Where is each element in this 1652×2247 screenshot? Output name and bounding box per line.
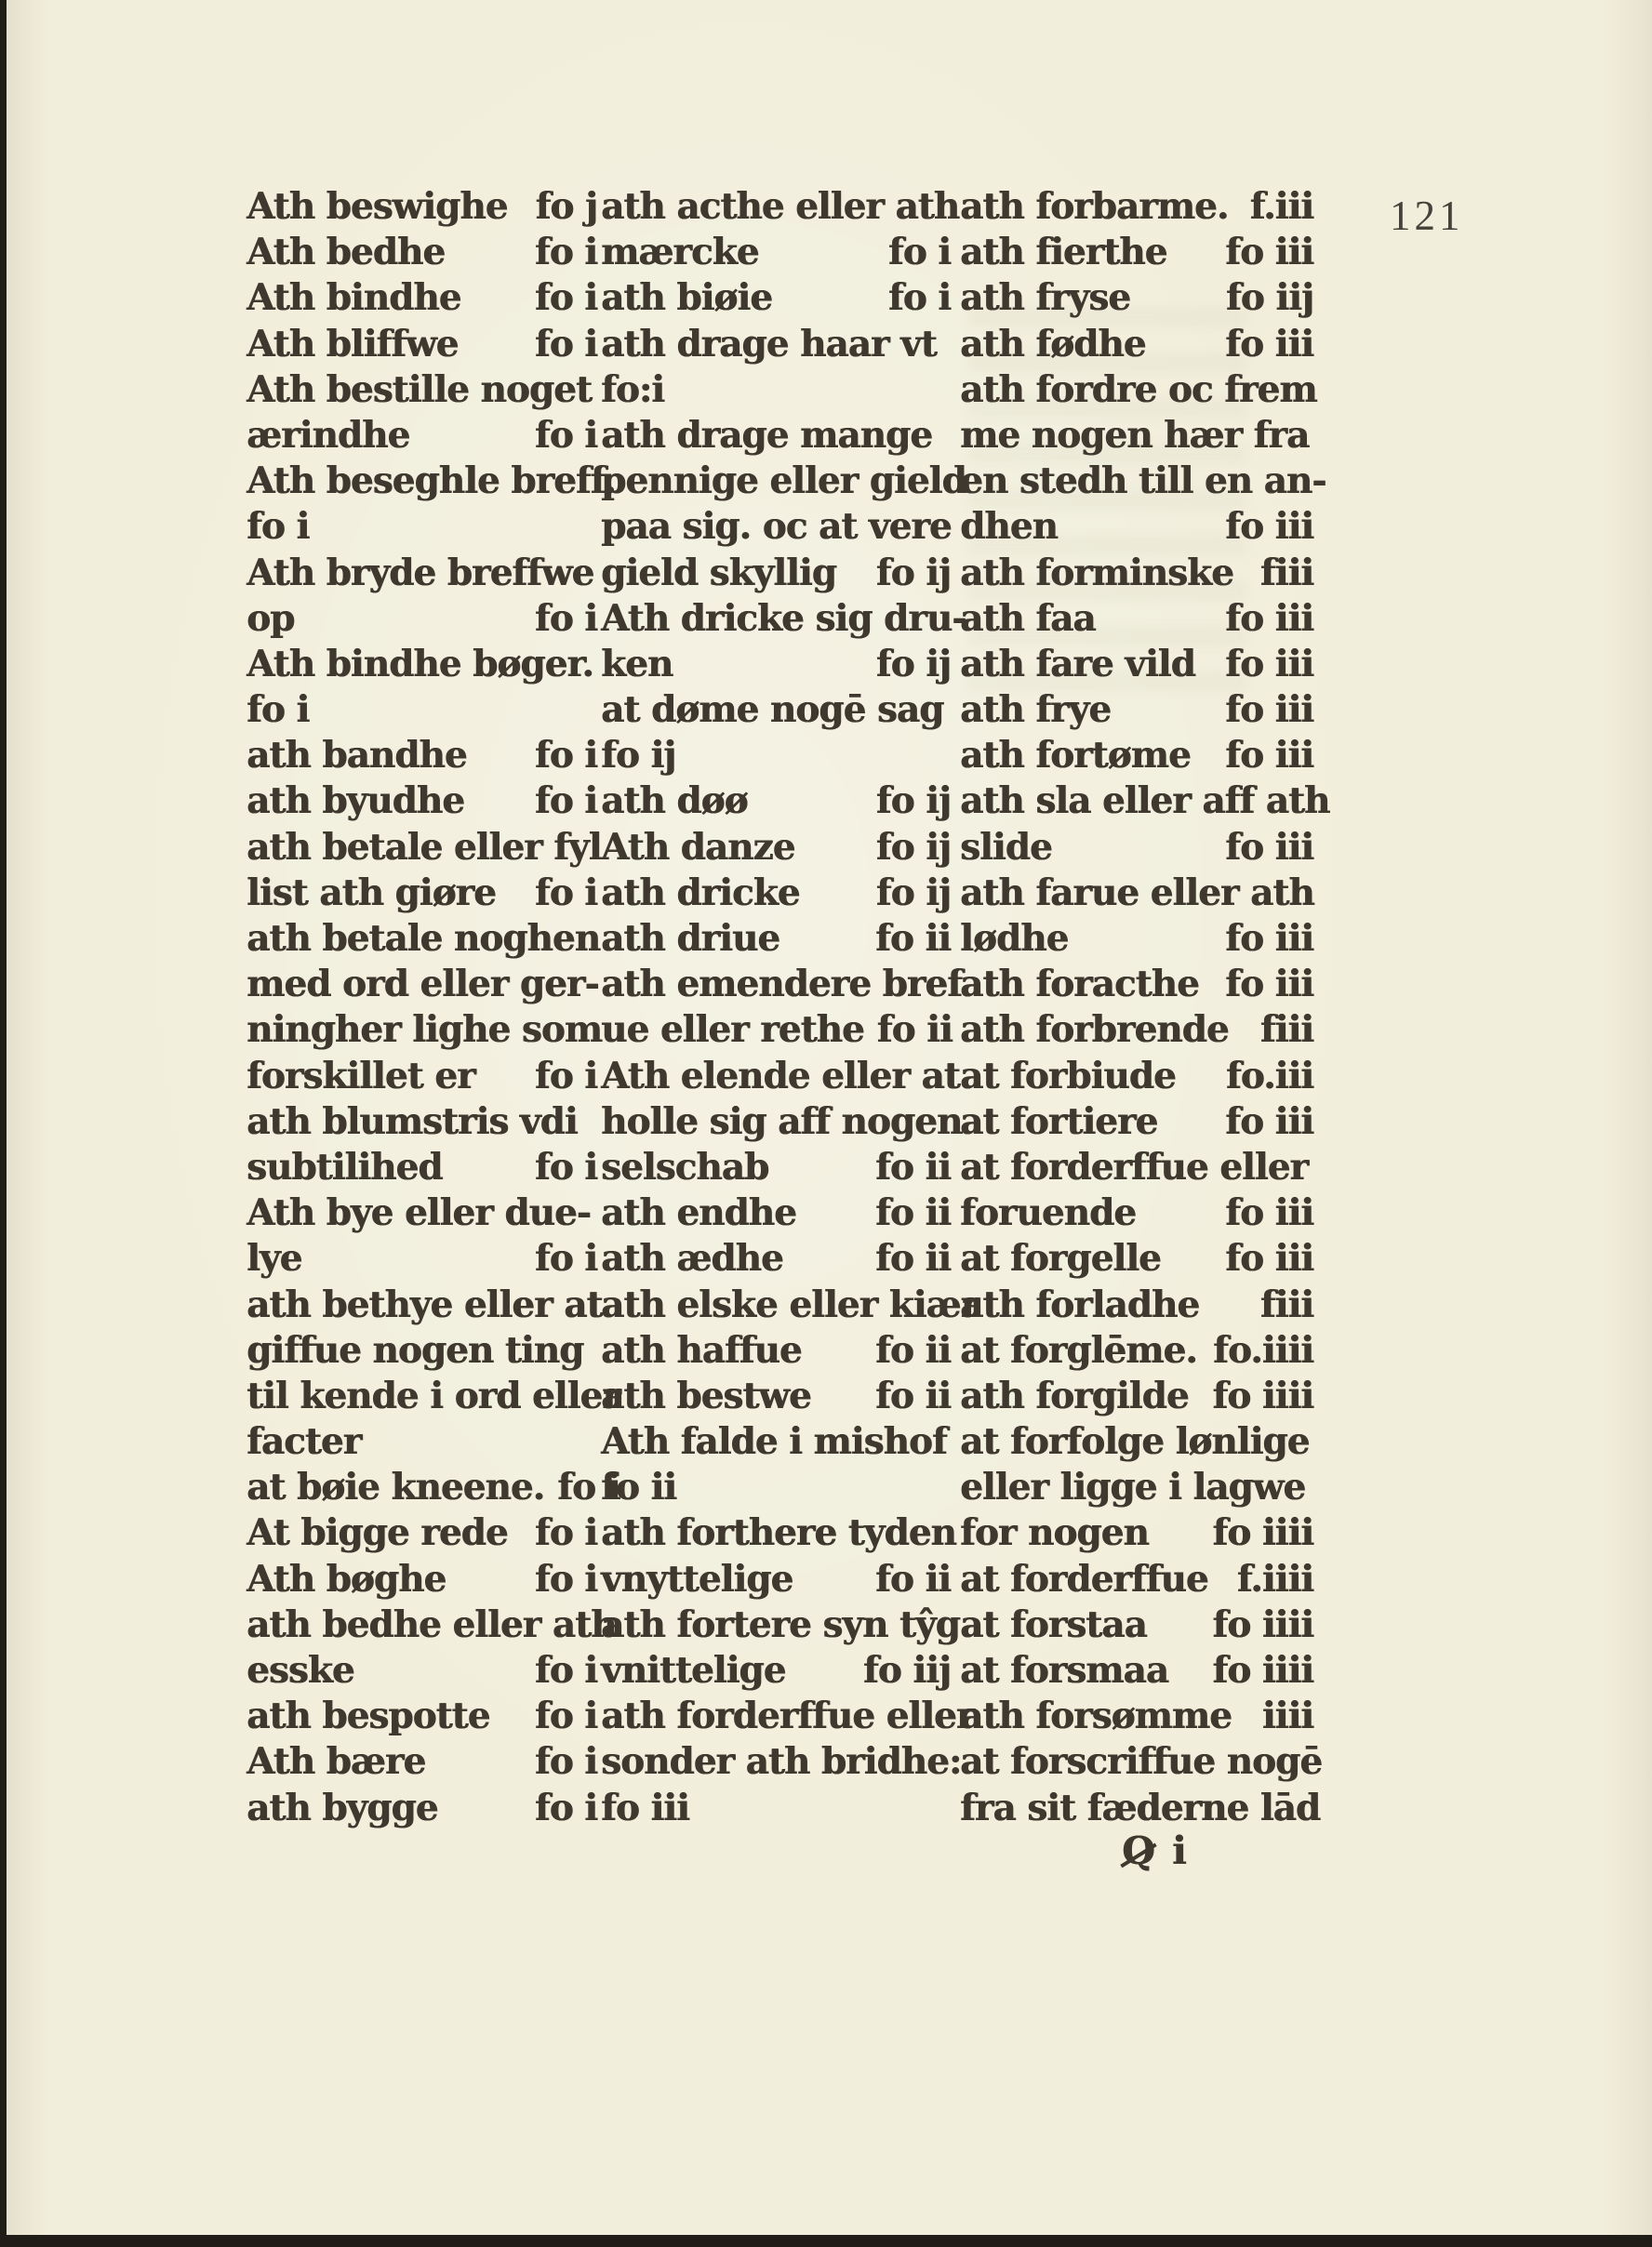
entry-text: esske — [246, 1648, 354, 1694]
book-page-scan: 121 Ath beswighefo jAth bedhefo iAth bin… — [0, 0, 1652, 2247]
entry-text: ath elske eller kiær — [601, 1283, 979, 1328]
folio-reference: f.iiii — [1237, 1557, 1313, 1602]
folio-reference: fo i — [535, 596, 597, 642]
entry-text: ath forbarme. — [960, 184, 1228, 230]
index-line: fo:i — [601, 367, 951, 413]
folio-reference: fo ij — [876, 871, 951, 916]
folio-reference: fo j — [536, 184, 597, 230]
entry-text: til kende i ord eller — [246, 1374, 620, 1419]
index-line: lyefo i — [246, 1236, 597, 1282]
entry-text: ningher lighe som — [246, 1007, 602, 1053]
entry-text: mærcke — [601, 230, 758, 275]
entry-text: ath faa — [960, 596, 1096, 642]
entry-text: Ath dricke sig dru- — [601, 596, 966, 642]
index-line: Ath bryde breffwe — [246, 551, 597, 596]
folio-reference: fo ij — [876, 551, 951, 596]
entry-text: ath driue — [601, 916, 779, 962]
entry-text: ken — [601, 642, 673, 687]
entry-text: slide — [960, 825, 1052, 871]
index-line: pennige eller gield — [601, 459, 951, 504]
entry-text: Ath bliffwe — [246, 322, 458, 367]
index-line: ath farue eller ath — [960, 871, 1313, 916]
index-line: selschabfo ii — [601, 1145, 951, 1190]
folio-reference: fo ij — [876, 642, 951, 687]
entry-text: Ath bye eller due- — [246, 1190, 591, 1236]
entry-text: giffue nogen ting — [246, 1328, 583, 1374]
entry-text: paa sig. oc at vere — [601, 504, 952, 550]
index-line: holle sig aff nogen — [601, 1099, 951, 1145]
entry-text: ath farue eller ath — [960, 871, 1314, 916]
index-line: Ath bedhefo i — [246, 230, 597, 275]
folio-reference: fo i — [535, 1694, 597, 1739]
entry-text: at forbiude — [960, 1054, 1176, 1099]
entry-text: at forglēme. — [960, 1328, 1197, 1374]
index-line: ath døøfo ij — [601, 778, 951, 824]
entry-text: Ath elende eller at — [601, 1054, 960, 1099]
index-line: ningher lighe som — [246, 1007, 597, 1053]
entry-text: ath fryse — [960, 275, 1130, 321]
folio-reference: fo iii — [1225, 504, 1313, 550]
folio-reference: fo iiii — [1212, 1602, 1313, 1648]
index-line: At bigge redefo i — [246, 1510, 597, 1556]
index-line: at bøie kneene.fo i — [246, 1465, 597, 1510]
index-line: subtilihedfo i — [246, 1145, 597, 1190]
index-line: fo i — [246, 687, 597, 733]
entry-text: lødhe — [960, 916, 1068, 962]
index-line: Ath beswighefo j — [246, 184, 597, 230]
folio-reference: fo i — [535, 230, 597, 275]
entry-text: at forsmaa — [960, 1648, 1168, 1694]
index-line: Ath bestille noget — [246, 367, 597, 413]
index-line: ath forbarme.f.iii — [960, 184, 1313, 230]
folio-reference: fo i — [535, 275, 597, 321]
folio-reference: fo.iii — [1226, 1054, 1313, 1099]
index-line: Ath bindhe bøger. — [246, 642, 597, 687]
entry-text: at forderffue eller — [960, 1145, 1308, 1190]
entry-text: ath forminske — [960, 551, 1233, 596]
index-line: ue eller rethefo ii — [601, 1007, 951, 1053]
index-line: at forgellefo iii — [960, 1236, 1313, 1282]
entry-text: at forderffue — [960, 1557, 1208, 1602]
entry-text: ath sla eller aff ath — [960, 778, 1329, 824]
index-line: ath faafo iii — [960, 596, 1313, 642]
index-line: at forderffue eller — [960, 1145, 1313, 1190]
page-number: 121 — [1390, 195, 1464, 237]
entry-text: ath biøie — [601, 275, 772, 321]
folio-reference: fo iij — [1226, 275, 1313, 321]
entry-text: me nogen hær fra — [960, 413, 1309, 459]
folio-reference: fo ii — [875, 916, 951, 962]
index-line: ath byudhefo i — [246, 778, 597, 824]
folio-reference: fo iiii — [1212, 1648, 1313, 1694]
index-line: me nogen hær fra — [960, 413, 1313, 459]
entry-text: ath drage mange — [601, 413, 932, 459]
index-line: at forfolge lønlige — [960, 1419, 1313, 1465]
folio-reference: fo i — [888, 275, 951, 321]
index-line: ath acthe eller ath — [601, 184, 951, 230]
index-line: for nogenfo iiii — [960, 1510, 1313, 1556]
entry-text: ath betale noghen — [246, 916, 600, 962]
index-line: foruendefo iii — [960, 1190, 1313, 1236]
folio-reference: fo iii — [1225, 1190, 1313, 1236]
index-column-3: ath forbarme.f.iiiath fierthefo iiiath f… — [960, 184, 1313, 1831]
entry-text: ath byudhe — [246, 778, 464, 824]
entry-text: fo:i — [601, 367, 664, 413]
index-line: ath drickefo ij — [601, 871, 951, 916]
folio-reference: fo iii — [1225, 1236, 1313, 1282]
entry-text: at bøie kneene. — [246, 1465, 544, 1510]
folio-reference: fo i — [535, 1739, 597, 1785]
folio-reference: fo i — [535, 733, 597, 778]
folio-reference: fo iiii — [1212, 1374, 1313, 1419]
index-line: vnitteligefo iij — [601, 1648, 951, 1694]
entry-text: holle sig aff nogen — [601, 1099, 962, 1145]
index-line: giffue nogen ting — [246, 1328, 597, 1374]
index-line: ath bestwefo ii — [601, 1374, 951, 1419]
index-line: opfo i — [246, 596, 597, 642]
entry-text: facter — [246, 1419, 361, 1465]
index-line: ath bandhefo i — [246, 733, 597, 778]
index-line: at forglēme.fo.iiii — [960, 1328, 1313, 1374]
index-line: Ath bliffwefo i — [246, 322, 597, 367]
entry-text: at forstaa — [960, 1602, 1147, 1648]
index-line: ath haffuefo ii — [601, 1328, 951, 1374]
entry-text: at forfolge lønlige — [960, 1419, 1309, 1465]
index-line: at forscriffue nogē — [960, 1739, 1313, 1785]
entry-text: ath bespotte — [246, 1694, 489, 1739]
index-line: ath forminskefiii — [960, 551, 1313, 596]
entry-text: ath endhe — [601, 1190, 796, 1236]
index-line: vnytteligefo ii — [601, 1557, 951, 1602]
entry-text: ærindhe — [246, 413, 409, 459]
entry-text: ath forbrende — [960, 1007, 1229, 1053]
index-line: ath blumstris vdi — [246, 1099, 597, 1145]
entry-text: vnittelige — [601, 1648, 785, 1694]
entry-text: ath fortøme — [960, 733, 1191, 778]
index-line: Ath danzefo ij — [601, 825, 951, 871]
entry-text: selschab — [601, 1145, 768, 1190]
entry-text: Ath danze — [601, 825, 794, 871]
index-line: facter — [246, 1419, 597, 1465]
index-line: fo iii — [601, 1786, 951, 1831]
index-line: lødhefo iii — [960, 916, 1313, 962]
entry-text: ath bedhe eller ath — [246, 1602, 616, 1648]
entry-text: ath bygge — [246, 1786, 438, 1831]
index-line: ath fødhefo iii — [960, 322, 1313, 367]
entry-text: ath forgilde — [960, 1374, 1189, 1419]
index-line: ath bethye eller at — [246, 1283, 597, 1328]
folio-reference: fo iiii — [1212, 1510, 1313, 1556]
index-line: ath frysefo iij — [960, 275, 1313, 321]
index-line: ath forderffue eller — [601, 1694, 951, 1739]
index-line: Ath bye eller due- — [246, 1190, 597, 1236]
entry-text: ath bestwe — [601, 1374, 811, 1419]
folio-reference: iiii — [1262, 1694, 1313, 1739]
scan-edge-left — [0, 0, 7, 2247]
entry-text: med ord eller ger- — [246, 962, 599, 1007]
folio-reference: fo i — [535, 1786, 597, 1831]
index-line: ath forgildefo iiii — [960, 1374, 1313, 1419]
entry-text: ath fortere syn tŷg — [601, 1602, 960, 1648]
folio-reference: fo i — [535, 871, 597, 916]
folio-reference: fo iii — [1225, 916, 1313, 962]
folio-reference: fo iii — [1225, 962, 1313, 1007]
folio-reference: fo ii — [877, 1007, 953, 1053]
entry-text: for nogen — [960, 1510, 1149, 1556]
folio-reference: fiii — [1260, 1283, 1313, 1328]
entry-text: fo ii — [601, 1465, 676, 1510]
folio-reference: fo.iiii — [1213, 1328, 1313, 1374]
index-line: ath sla eller aff ath — [960, 778, 1313, 824]
index-line: ath bedhe eller ath — [246, 1602, 597, 1648]
entry-text: pennige eller gield — [601, 459, 966, 504]
entry-text: vnyttelige — [601, 1557, 793, 1602]
index-line: fo i — [246, 504, 597, 550]
entry-text: ath fødhe — [960, 322, 1145, 367]
index-line: ath drage mange — [601, 413, 951, 459]
entry-text: Ath bære — [246, 1739, 425, 1785]
entry-text: at forscriffue nogē — [960, 1739, 1322, 1785]
folio-reference: fo ii — [875, 1557, 951, 1602]
entry-text: Ath bryde breffwe — [246, 551, 593, 596]
index-line: fo ii — [601, 1465, 951, 1510]
index-line: slidefo iii — [960, 825, 1313, 871]
entry-text: gield skyllig — [601, 551, 836, 596]
entry-text: lye — [246, 1236, 301, 1282]
index-line: paa sig. oc at vere — [601, 504, 951, 550]
folio-reference: fo ii — [875, 1374, 951, 1419]
entry-text: ath bandhe — [246, 733, 467, 778]
index-line: ath drage haar vt — [601, 322, 951, 367]
index-line: ath fryefo iii — [960, 687, 1313, 733]
entry-text: ath forthere tyden — [601, 1510, 956, 1556]
index-line: eller ligge i lagwe — [960, 1465, 1313, 1510]
index-line: ath driuefo ii — [601, 916, 951, 962]
entry-text: fo iii — [601, 1786, 689, 1831]
entry-text: ath foracthe — [960, 962, 1199, 1007]
index-line: Ath bærefo i — [246, 1739, 597, 1785]
entry-text: Ath bøghe — [246, 1557, 446, 1602]
folio-reference: fo iii — [1225, 825, 1313, 871]
folio-reference: fo ii — [875, 1190, 951, 1236]
index-line: esskefo i — [246, 1648, 597, 1694]
folio-reference: fo iij — [863, 1648, 951, 1694]
folio-reference: fo iii — [1225, 322, 1313, 367]
entry-text: ath fierthe — [960, 230, 1166, 275]
entry-text: at fortiere — [960, 1099, 1157, 1145]
entry-text: fra sit fæderne lād — [960, 1786, 1320, 1831]
entry-text: Ath beseghle breff. — [246, 459, 616, 504]
index-line: Ath dricke sig dru- — [601, 596, 951, 642]
folio-reference: fo ii — [875, 1236, 951, 1282]
index-line: at forsmaafo iiii — [960, 1648, 1313, 1694]
index-line: ath fierthefo iii — [960, 230, 1313, 275]
entry-text: en stedh till en an- — [960, 459, 1326, 504]
index-line: ath emendere bref — [601, 962, 951, 1007]
folio-reference: fiii — [1260, 1007, 1313, 1053]
folio-reference: fo iii — [1225, 687, 1313, 733]
entry-text: Ath bindhe bøger. — [246, 642, 593, 687]
folio-reference: fo i — [535, 1557, 597, 1602]
entry-text: Ath bindhe — [246, 275, 460, 321]
entry-text: op — [246, 596, 294, 642]
index-line: ærindhefo i — [246, 413, 597, 459]
index-line: ath ædhefo ii — [601, 1236, 951, 1282]
index-line: ath fortømefo iii — [960, 733, 1313, 778]
index-line: forskillet erfo i — [246, 1054, 597, 1099]
entry-text: ath forderffue eller — [601, 1694, 974, 1739]
entry-text: ath frye — [960, 687, 1111, 733]
index-line: kenfo ij — [601, 642, 951, 687]
entry-text: ath drage haar vt — [601, 322, 937, 367]
index-column-2: ath acthe eller athmærckefo iath biøiefo… — [601, 184, 951, 1831]
index-line: at fortierefo iii — [960, 1099, 1313, 1145]
index-line: mærckefo i — [601, 230, 951, 275]
entry-text: at døme nogē sag — [601, 687, 943, 733]
entry-text: fo i — [246, 687, 309, 733]
folio-reference: fo i — [888, 230, 951, 275]
entry-text: ath fordre oc frem — [960, 367, 1317, 413]
index-line: at forderffuef.iiii — [960, 1557, 1313, 1602]
entry-text: Ath beswighe — [246, 184, 507, 230]
folio-reference: fo i — [535, 1510, 597, 1556]
entry-text: dhen — [960, 504, 1058, 550]
index-line: ath bespottefo i — [246, 1694, 597, 1739]
folio-reference: fo i — [535, 322, 597, 367]
index-line: ath fortere syn tŷg — [601, 1602, 951, 1648]
entry-text: ath dricke — [601, 871, 799, 916]
entry-text: forskillet er — [246, 1054, 475, 1099]
folio-reference: fo iii — [1225, 642, 1313, 687]
entry-text: ue eller rethe — [601, 1007, 864, 1053]
entry-text: fo i — [246, 504, 309, 550]
entry-text: ath blumstris vdi — [246, 1099, 578, 1145]
index-line: at døme nogē sag — [601, 687, 951, 733]
index-line: ath endhefo ii — [601, 1190, 951, 1236]
entry-text: subtilihed — [246, 1145, 442, 1190]
entry-text: foruende — [960, 1190, 1136, 1236]
index-line: Ath bindhefo i — [246, 275, 597, 321]
folio-reference: fo i — [535, 1648, 597, 1694]
index-line: Ath falde i mishof — [601, 1419, 951, 1465]
entry-text: eller ligge i lagwe — [960, 1465, 1305, 1510]
entry-text: at forgelle — [960, 1236, 1161, 1282]
folio-reference: fo i — [535, 1054, 597, 1099]
index-line: sonder ath bridhe: — [601, 1739, 951, 1785]
scan-edge-bottom — [0, 2235, 1652, 2247]
folio-reference: fo ii — [875, 1328, 951, 1374]
signature-text: Q i — [1122, 1832, 1189, 1870]
index-line: Ath beseghle breff. — [246, 459, 597, 504]
folio-reference: fo iii — [1225, 733, 1313, 778]
index-line: gield skylligfo ij — [601, 551, 951, 596]
index-line: at forbiudefo.iii — [960, 1054, 1313, 1099]
folio-reference: fo iii — [1225, 1099, 1313, 1145]
entry-text: ath haffue — [601, 1328, 802, 1374]
folio-reference: f.iii — [1250, 184, 1313, 230]
index-line: ath forsømmeiiii — [960, 1694, 1313, 1739]
index-line: ath foracthefo iii — [960, 962, 1313, 1007]
index-line: ath forthere tyden — [601, 1510, 951, 1556]
signature-mark: Q i — [1122, 1832, 1189, 1870]
entry-text: Ath bedhe — [246, 230, 445, 275]
folio-reference: fo i — [535, 413, 597, 459]
folio-reference: fo iii — [1225, 596, 1313, 642]
index-line: Ath bøghefo i — [246, 1557, 597, 1602]
entry-text: ath døø — [601, 778, 748, 824]
index-line: en stedh till en an- — [960, 459, 1313, 504]
index-line: fra sit fæderne lād — [960, 1786, 1313, 1831]
index-line: ath betale eller fyl — [246, 825, 597, 871]
folio-reference: fo ij — [876, 778, 951, 824]
index-line: at forstaafo iiii — [960, 1602, 1313, 1648]
index-line: ath fordre oc frem — [960, 367, 1313, 413]
index-line: ath biøiefo i — [601, 275, 951, 321]
index-line: til kende i ord eller — [246, 1374, 597, 1419]
index-line: dhenfo iii — [960, 504, 1313, 550]
entry-text: ath forladhe — [960, 1283, 1199, 1328]
entry-text: Ath bestille noget — [246, 367, 592, 413]
entry-text: fo ij — [601, 733, 675, 778]
index-line: fo ij — [601, 733, 951, 778]
index-column-1: Ath beswighefo jAth bedhefo iAth bindhef… — [246, 184, 597, 1831]
entry-text: list ath giøre — [246, 871, 496, 916]
folio-reference: fo i — [535, 1236, 597, 1282]
folio-reference: fo i — [535, 778, 597, 824]
entry-text: ath bethye eller at — [246, 1283, 602, 1328]
entry-text: Ath falde i mishof — [601, 1419, 947, 1465]
index-line: med ord eller ger- — [246, 962, 597, 1007]
entry-text: ath fare vild — [960, 642, 1195, 687]
entry-text: ath emendere bref — [601, 962, 962, 1007]
entry-text: ath acthe eller ath — [601, 184, 959, 230]
folio-reference: fo i — [535, 1145, 597, 1190]
folio-reference: fiii — [1260, 551, 1313, 596]
index-line: Ath elende eller at — [601, 1054, 951, 1099]
index-line: ath fare vildfo iii — [960, 642, 1313, 687]
folio-reference: fo ii — [875, 1145, 951, 1190]
entry-text: sonder ath bridhe: — [601, 1739, 961, 1785]
index-line: ath byggefo i — [246, 1786, 597, 1831]
folio-reference: fo iii — [1225, 230, 1313, 275]
entry-text: ath ædhe — [601, 1236, 783, 1282]
index-line: ath elske eller kiær — [601, 1283, 951, 1328]
entry-text: ath forsømme — [960, 1694, 1232, 1739]
index-line: ath forbrendefiii — [960, 1007, 1313, 1053]
entry-text: At bigge rede — [246, 1510, 508, 1556]
folio-reference: fo ij — [876, 825, 951, 871]
index-line: ath forladhefiii — [960, 1283, 1313, 1328]
index-line: list ath giørefo i — [246, 871, 597, 916]
index-line: ath betale noghen — [246, 916, 597, 962]
entry-text: ath betale eller fyl — [246, 825, 601, 871]
